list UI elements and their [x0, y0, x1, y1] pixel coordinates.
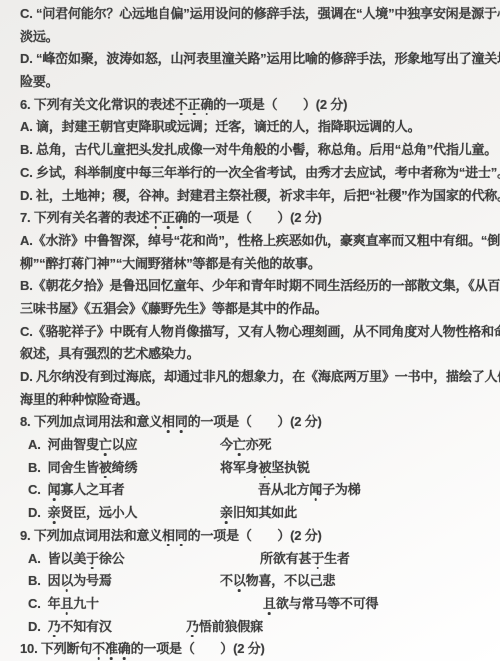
question-8-option-b: B.同舍生皆被绮绣 将军身被坚执锐 — [20, 457, 490, 480]
question-6-option-a: A. 谪，封建王朝官吏降职或远调；迁客，谪迁的人，指降职远调的人。 — [20, 116, 490, 139]
option-left-phrase: 闻寡人之耳者 — [48, 482, 125, 497]
question-8-option-c: C.闻寡人之耳者 吾从北方闻子为梯 — [20, 479, 490, 502]
question-7-option-a-line-1: A.《水浒》中鲁智深，绰号“花和尚”，性格上疾恶如仇，豪爽直率而又粗中有细。“倒… — [20, 230, 490, 253]
question-7-option-d-line-1: D. 凡尔纳没有到过海底，却通过非凡的想象力，在《海底两万里》一书中，描绘了人们… — [20, 366, 490, 389]
question-9-option-d: D.乃不知有汉 乃悟前狼假寐 — [20, 616, 490, 639]
question-6-option-b: B. 总角，古代儿童把头发扎成像一对牛角般的小髻，称总角。后用“总角”代指儿童。 — [20, 139, 490, 162]
question-6-option-d: D. 社，土地神；稷，谷神。封建君主祭社稷，祈求丰年，后把“社稷”作为国家的代称… — [20, 185, 490, 208]
option-right-phrase: 所欲有甚于生者 — [260, 548, 350, 571]
option-right-phrase: 乃悟前狼假寐 — [186, 616, 263, 639]
question-7-option-d-line-2: 海里的种种惊险奇遇。 — [20, 389, 490, 412]
option-letter: B. — [28, 573, 41, 588]
option-letter: D. — [28, 619, 41, 634]
option-right-phrase: 今亡亦死 — [220, 434, 271, 457]
option-letter: A. — [28, 437, 41, 452]
option-letter: C. — [28, 482, 41, 497]
option-right-phrase: 将军身被坚执锐 — [220, 457, 310, 480]
question-8-option-a: A.河曲智叟亡以应 今亡亦死 — [20, 434, 490, 457]
question-9-option-b: B.因以为号焉 不以物喜，不以己悲 — [20, 570, 490, 593]
question-7-option-a-line-2: 柳”“醉打蒋门神”“大闹野猪林”等都是有关他的故事。 — [20, 253, 490, 276]
option-letter: B. — [28, 460, 41, 475]
option-left-phrase: 皆以美于徐公 — [48, 551, 125, 566]
question-7-option-c-line-1: C.《骆驼祥子》中既有人物肖像描写，又有人物心理刻画，从不同角度对人物性格和命运… — [20, 321, 490, 344]
question-5-option-d-line-1: D. “峰峦如聚，波涛如怒，山河表里潼关路”运用比喻的修辞手法，形象地写出了潼关… — [20, 48, 490, 71]
option-left-phrase: 河曲智叟亡以应 — [48, 437, 138, 452]
option-letter: A. — [28, 551, 41, 566]
question-6-option-c: C. 乡试，科举制度中每三年举行的一次全省考试，由秀才去应试，考中者称为“进士”… — [20, 162, 490, 185]
option-left-phrase: 亲贤臣，远小人 — [48, 505, 138, 520]
question-9-option-a: A.皆以美于徐公 所欲有甚于生者 — [20, 548, 490, 571]
option-right-phrase: 不以物喜，不以己悲 — [220, 570, 335, 593]
option-left-phrase: 年且九十 — [48, 596, 99, 611]
question-7-option-b-line-1: B.《朝花夕拾》是鲁迅回忆童年、少年和青年时期不同生活经历的一部散文集，《从百草… — [20, 275, 490, 298]
question-8-option-d: D.亲贤臣，远小人 亲旧知其如此 — [20, 502, 490, 525]
option-left-phrase: 同舍生皆被绮绣 — [48, 460, 138, 475]
option-right-phrase: 吾从北方闻子为梯 — [258, 479, 361, 502]
question-5-option-c-line-2: 淡远。 — [20, 26, 490, 49]
option-right-phrase: 且欲与常马等不可得 — [263, 593, 378, 616]
question-7-option-b-line-2: 三味书屋》《五猖会》《藤野先生》等都是其中的作品。 — [20, 298, 490, 321]
question-5-option-d-line-2: 险要。 — [20, 71, 490, 94]
question-7-option-c-line-2: 叙述，具有强烈的艺术感染力。 — [20, 343, 490, 366]
question-9-stem: 9. 下列加点词用法和意义相同的一项是（ ）(2 分) — [20, 525, 490, 548]
option-left-phrase: 因以为号焉 — [48, 573, 112, 588]
question-7-stem: 7. 下列有关名著的表述不正确的一项是（ ）(2 分) — [20, 207, 490, 230]
option-left-phrase: 乃不知有汉 — [48, 619, 112, 634]
question-10-stem: 10. 下列断句不准确的一项是（ ）(2 分) — [20, 638, 490, 661]
question-6-stem: 6. 下列有关文化常识的表述不正确的一项是（ ）(2 分) — [20, 94, 490, 117]
option-right-phrase: 亲旧知其如此 — [220, 502, 297, 525]
question-9-option-c: C.年且九十 且欲与常马等不可得 — [20, 593, 490, 616]
option-letter: C. — [28, 596, 41, 611]
question-5-option-c-line-1: C. “问君何能尔？心远地自偏”运用设问的修辞手法，强调在“人境”中独享安闲是源… — [20, 3, 490, 26]
exam-paper-page: C. “问君何能尔？心远地自偏”运用设问的修辞手法，强调在“人境”中独享安闲是源… — [0, 0, 500, 661]
option-letter: D. — [28, 505, 41, 520]
question-8-stem: 8. 下列加点词用法和意义相同的一项是（ ）(2 分) — [20, 411, 490, 434]
